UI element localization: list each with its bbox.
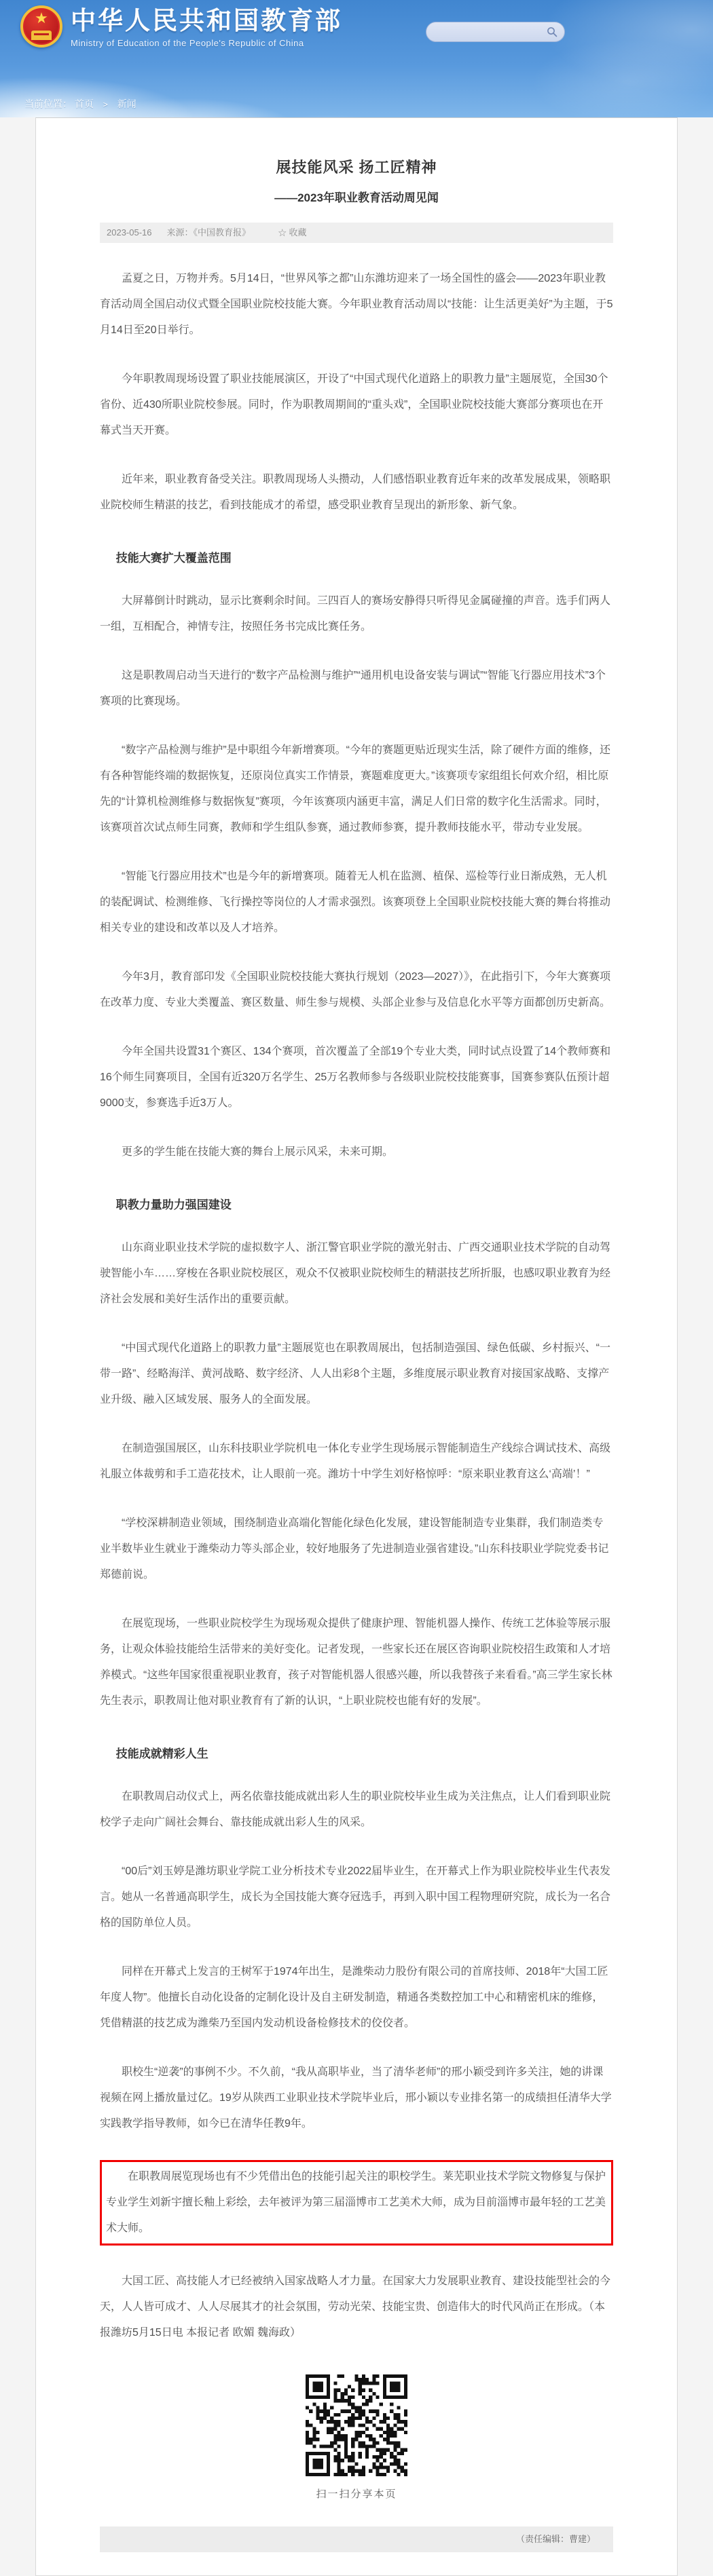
article-paragraph: 更多的学生能在技能大赛的舞台上展示风采，未来可期。 [100, 1139, 613, 1165]
site-title: 中华人民共和国教育部 [71, 5, 342, 37]
breadcrumb: 当前位置： 首页 > 新闻 [24, 97, 136, 111]
article-meta-bar: 2023-05-16 来源：《中国教育报》 ☆ 收藏 [100, 223, 613, 243]
article-paragraph: “中国式现代化道路上的职教力量”主题展览也在职教周展出，包括制造强国、绿色低碳、… [100, 1336, 613, 1413]
article-paragraph: 在制造强国展区，山东科技职业学院机电一体化专业学生现场展示智能制造生产线综合调试… [100, 1436, 613, 1488]
section-heading: 职教力量助力强国建设 [100, 1195, 613, 1212]
editor-credit: （责任编辑：曹建） [516, 2534, 596, 2544]
section-heading: 技能成就精彩人生 [100, 1744, 613, 1761]
article-body: 孟夏之日，万物并秀。5月14日，“世界风筝之都”山东潍坊迎来了一场全国性的盛会—… [100, 266, 613, 2346]
favorite-button[interactable]: ☆ 收藏 [278, 223, 306, 243]
article-paragraph: “数字产品检测与维护”是中职组今年新增赛项。“今年的赛题更贴近现实生活，除了硬件… [100, 738, 613, 841]
breadcrumb-home-link[interactable]: 首页 [75, 98, 94, 109]
share-caption: 扫一扫分享本页 [100, 2486, 613, 2501]
article-title: 展技能风采 扬工匠精神 [100, 156, 613, 177]
article-paragraph: 孟夏之日，万物并秀。5月14日，“世界风筝之都”山东潍坊迎来了一场全国性的盛会—… [100, 266, 613, 343]
breadcrumb-prefix: 当前位置： [24, 98, 72, 109]
qr-code [306, 2374, 407, 2476]
article-paragraph: 今年职教周现场设置了职业技能展演区，开设了“中国式现代化道路上的职教力量”主题展… [100, 366, 613, 444]
article-paragraph: 大屏幕倒计时跳动，显示比赛剩余时间。三四百人的赛场安静得只听得见金属碰撞的声音。… [100, 588, 613, 640]
article-paragraph: 近年来，职业教育备受关注。职教周现场人头攒动，人们感悟职业教育近年来的改革发展成… [100, 467, 613, 518]
article-paragraph: 今年3月，教育部印发《全国职业院校技能大赛执行规划（2023—2027）》，在此… [100, 964, 613, 1016]
article-paragraph: 在职教周启动仪式上，两名依靠技能成就出彩人生的职业院校毕业生成为关注焦点，让人们… [100, 1784, 613, 1836]
article-paragraph: 今年全国共设置31个赛区、134个赛项，首次覆盖了全部19个专业大类，同时试点设… [100, 1039, 613, 1116]
section-heading: 技能大赛扩大覆盖范围 [100, 548, 613, 565]
site-subtitle-english: Ministry of Education of the People's Re… [71, 38, 342, 48]
search-input[interactable] [416, 23, 547, 41]
article-paragraph: “00后”刘玉婷是潍坊职业学院工业分析技术专业2022届毕业生，在开幕式上作为职… [100, 1859, 613, 1936]
article-paragraph: “智能飞行器应用技术”也是今年的新增赛项。随着无人机在监测、植保、巡检等行业日渐… [100, 864, 613, 941]
star-icon: ☆ [278, 228, 287, 238]
favorite-label: 收藏 [289, 223, 306, 243]
article-paragraph: 同样在开幕式上发言的王树军于1974年出生，是潍柴动力股份有限公司的首席技师、2… [100, 1959, 613, 2037]
article-paragraph: 大国工匠、高技能人才已经被纳入国家战略人才力量。在国家大力发展职业教育、建设技能… [100, 2269, 613, 2346]
article-paragraph: 这是职教周启动当天进行的“数字产品检测与维护”“通用机电设备安装与调试”“智能飞… [100, 663, 613, 715]
site-header: ★ 中华人民共和国教育部 Ministry of Education of th… [0, 0, 713, 117]
highlighted-paragraph: 在职教周展览现场也有不少凭借出色的技能引起关注的职校学生。莱芜职业技术学院文物修… [100, 2160, 613, 2246]
article-card: 展技能风采 扬工匠精神 ——2023年职业教育活动周见闻 2023-05-16 … [35, 117, 678, 2576]
site-brand: ★ 中华人民共和国教育部 Ministry of Education of th… [20, 5, 342, 48]
article-paragraph: “学校深耕制造业领域，围绕制造业高端化智能化绿色化发展，建设智能制造专业集群，我… [100, 1511, 613, 1588]
national-emblem-icon: ★ [20, 5, 62, 48]
breadcrumb-separator: > [103, 100, 108, 109]
breadcrumb-current-link[interactable]: 新闻 [117, 98, 136, 109]
article-paragraph: 职校生“逆袭”的事例不少。不久前，“我从高职毕业，当了清华老师”的邢小颖受到许多… [100, 2060, 613, 2137]
article-date: 2023-05-16 [107, 223, 152, 243]
article-source: 来源：《中国教育报》 [167, 223, 251, 243]
share-section: 扫一扫分享本页 [100, 2374, 613, 2501]
editor-bar: （责任编辑：曹建） [100, 2526, 613, 2552]
article-paragraph: 在展览现场，一些职业院校学生为现场观众提供了健康护理、智能机器人操作、传统工艺体… [100, 1611, 613, 1714]
search-icon[interactable] [547, 26, 557, 37]
article-subtitle: ——2023年职业教育活动周见闻 [100, 188, 613, 205]
article-paragraph: 山东商业职业技术学院的虚拟数字人、浙江警官职业学院的激光射击、广西交通职业技术学… [100, 1235, 613, 1312]
search-box[interactable] [426, 22, 565, 42]
